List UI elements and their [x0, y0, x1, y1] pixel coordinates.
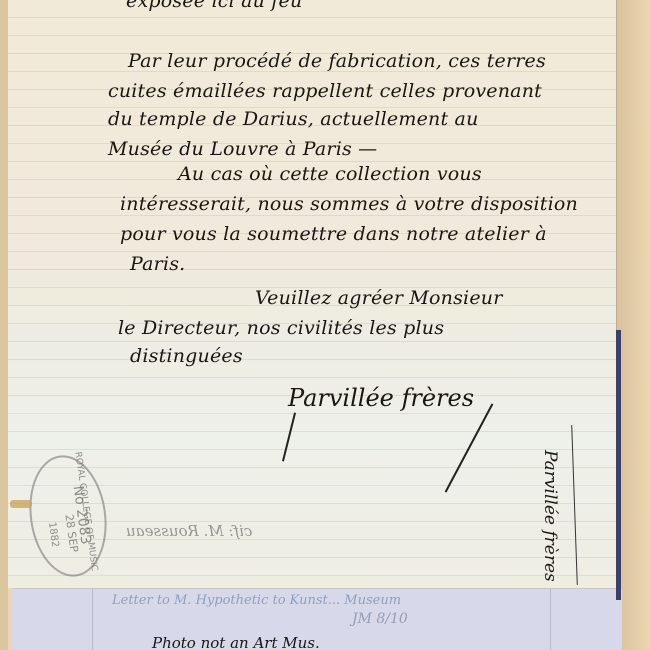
- backing-left: [0, 0, 8, 650]
- margin-line: [550, 589, 551, 650]
- top-fragment: exposée ici au feu: [126, 0, 302, 12]
- backing-right: [616, 0, 650, 650]
- para2-line2: intéresserait, nous sommes à votre dispo…: [120, 193, 578, 215]
- underlying-blue-sheet: Letter to M. Hypothetic to Kunst... Muse…: [12, 588, 622, 650]
- para1-line4: Musée du Louvre à Paris —: [108, 138, 377, 160]
- margin-line: [92, 589, 93, 650]
- para1-line2: cuites émaillées rappellent celles prove…: [108, 80, 542, 102]
- margin-rule: [571, 425, 578, 585]
- closing-line2: le Directeur, nos civilités les plus: [118, 317, 444, 339]
- faint-line: Letter to M. Hypothetic to Kunst... Muse…: [112, 593, 401, 608]
- closing-line1: Veuillez agréer Monsieur: [255, 287, 503, 309]
- signature: Parvillée frères: [288, 384, 474, 412]
- para1-line3: du temple de Darius, actuellement au: [108, 108, 479, 130]
- closing-line3: distinguées: [130, 345, 243, 367]
- binding-hole: [10, 500, 32, 508]
- para2-line1: Au cas où cette collection vous: [178, 163, 482, 185]
- note-text: Photo not an Art Mus.: [152, 634, 320, 650]
- side-annotation: Parvillée frères: [540, 450, 560, 582]
- para1-line1: Par leur procédé de fabrication, ces ter…: [128, 50, 546, 72]
- page-edge: [616, 330, 621, 600]
- signature-stroke: [282, 413, 296, 462]
- reverse-bleed-text: cif: M. Rousseau: [126, 522, 252, 540]
- stamp-year: 1882: [46, 521, 60, 548]
- para2-line3: pour vous la soumettre dans notre atelie…: [120, 223, 547, 245]
- faint-initials: JM 8/10: [352, 611, 408, 627]
- signature-flourish: [445, 403, 494, 492]
- para2-line4: Paris.: [130, 253, 185, 275]
